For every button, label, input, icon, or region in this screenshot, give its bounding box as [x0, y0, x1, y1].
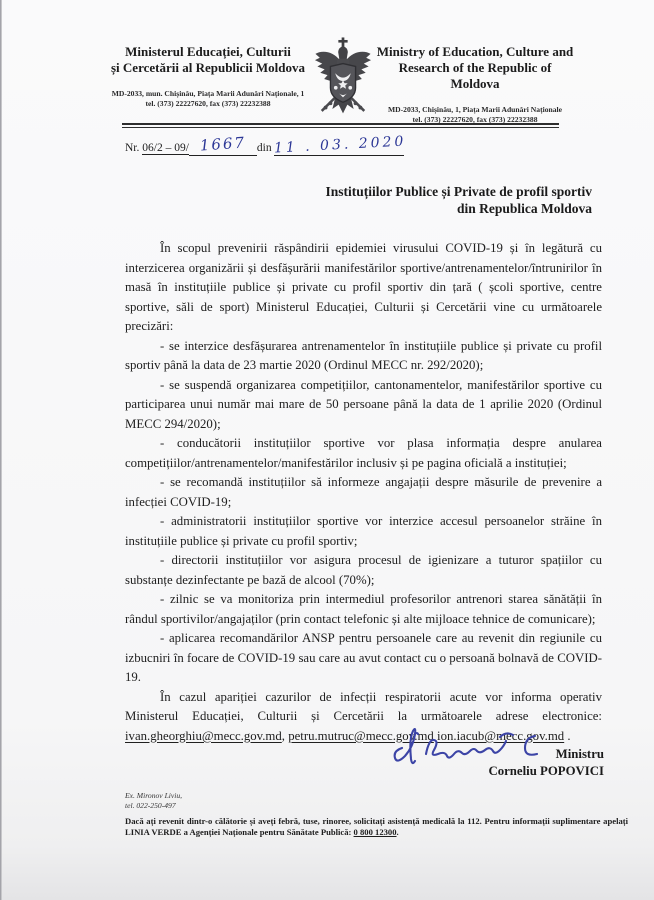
reference-number-blank: 1667 [189, 137, 257, 156]
ministry-name-en-line2: Research of the Republic of Moldova [376, 60, 574, 92]
body-paragraph: - se suspendă organizarea competițiilor,… [125, 376, 602, 435]
ministry-address-ro: MD-2033, mun. Chișinău, Piața Marii Adun… [98, 89, 318, 108]
ministry-address-ro-line1: MD-2033, mun. Chișinău, Piața Marii Adun… [98, 89, 318, 99]
reference-date-handwritten: 11 . 03. 2020 [274, 134, 407, 157]
minister-title: Ministru [488, 746, 604, 763]
ministry-address-en-line1: MD-2033, Chișinău, 1, Piața Marii Adunăr… [376, 105, 574, 115]
ministry-address-en: MD-2033, Chișinău, 1, Piața Marii Adunăr… [376, 105, 574, 124]
scanned-letter-page: Ministerul Educației, Culturii și Cercet… [0, 0, 654, 900]
ministry-name-en: Ministry of Education, Culture and Resea… [376, 44, 574, 92]
ministry-name-ro-line2: și Cercetării al Republicii Moldova [98, 60, 318, 76]
footer-green-line-phone: 0 800 12300 [354, 827, 397, 837]
letter-body: În scopul prevenirii răspândirii epidemi… [125, 239, 602, 746]
contact-email: ivan.gheorghiu@mecc.gov.md [125, 729, 282, 743]
ministry-name-ro-line1: Ministerul Educației, Culturii [98, 44, 318, 60]
executor-name: Ex. Mironov Liviu, [125, 791, 182, 801]
covid-hotline-footer: Dacă ați revenit dintr-o călătorie și av… [125, 816, 628, 838]
reference-number-handwritten: 1667 [199, 133, 246, 154]
recipient-title-line1: Instituțiilor Publice și Private de prof… [326, 184, 593, 201]
letterhead-romanian: Ministerul Educației, Culturii și Cercet… [98, 44, 318, 108]
executor-phone: tel. 022-250-497 [125, 801, 182, 811]
body-paragraph: - administratorii instituțiilor sportive… [125, 512, 602, 551]
body-paragraph: - aplicarea recomandărilor ANSP pentru p… [125, 629, 602, 688]
ministry-address-ro-line2: tel. (373) 22227620, fax (373) 22232388 [98, 99, 318, 109]
body-paragraph: În scopul prevenirii răspândirii epidemi… [125, 239, 602, 337]
body-paragraph: - directorii instituțiilor vor asigura p… [125, 551, 602, 590]
reference-date-blank: 11 . 03. 2020 [274, 139, 404, 156]
body-paragraphs: În scopul prevenirii răspândirii epidemi… [125, 239, 602, 688]
ministry-name-ro: Ministerul Educației, Culturii și Cercet… [98, 44, 318, 76]
letterhead-english: Ministry of Education, Culture and Resea… [376, 44, 574, 124]
ministry-name-en-line1: Ministry of Education, Culture and [376, 44, 574, 60]
reference-number-prefix: 06/2 – 09/ [142, 142, 189, 155]
body-paragraph: - se interzice desfășurarea antrenamente… [125, 337, 602, 376]
moldova-coat-of-arms-icon [314, 37, 372, 123]
reference-number-line: Nr. 06/2 – 09/1667din 11 . 03. 2020 [125, 137, 404, 156]
letterhead-divider-rule [122, 123, 559, 128]
recipient-title-line2: din Republica Moldova [326, 201, 593, 218]
recipient-title: Instituțiilor Publice și Private de prof… [326, 184, 593, 217]
reference-label: Nr. [125, 142, 139, 154]
body-paragraph: - zilnic se va monitoriza prin intermedi… [125, 590, 602, 629]
reference-din-label: din [257, 142, 272, 154]
executor-note: Ex. Mironov Liviu, tel. 022-250-497 [125, 791, 182, 810]
footer-period: . [397, 827, 399, 837]
body-paragraph: - se recomandă instituțiilor să informez… [125, 473, 602, 512]
minister-name: Corneliu POPOVICI [488, 763, 604, 780]
minister-signature-block: Ministru Corneliu POPOVICI [488, 746, 604, 780]
body-paragraph: - conducătorii instituțiilor sportive vo… [125, 434, 602, 473]
